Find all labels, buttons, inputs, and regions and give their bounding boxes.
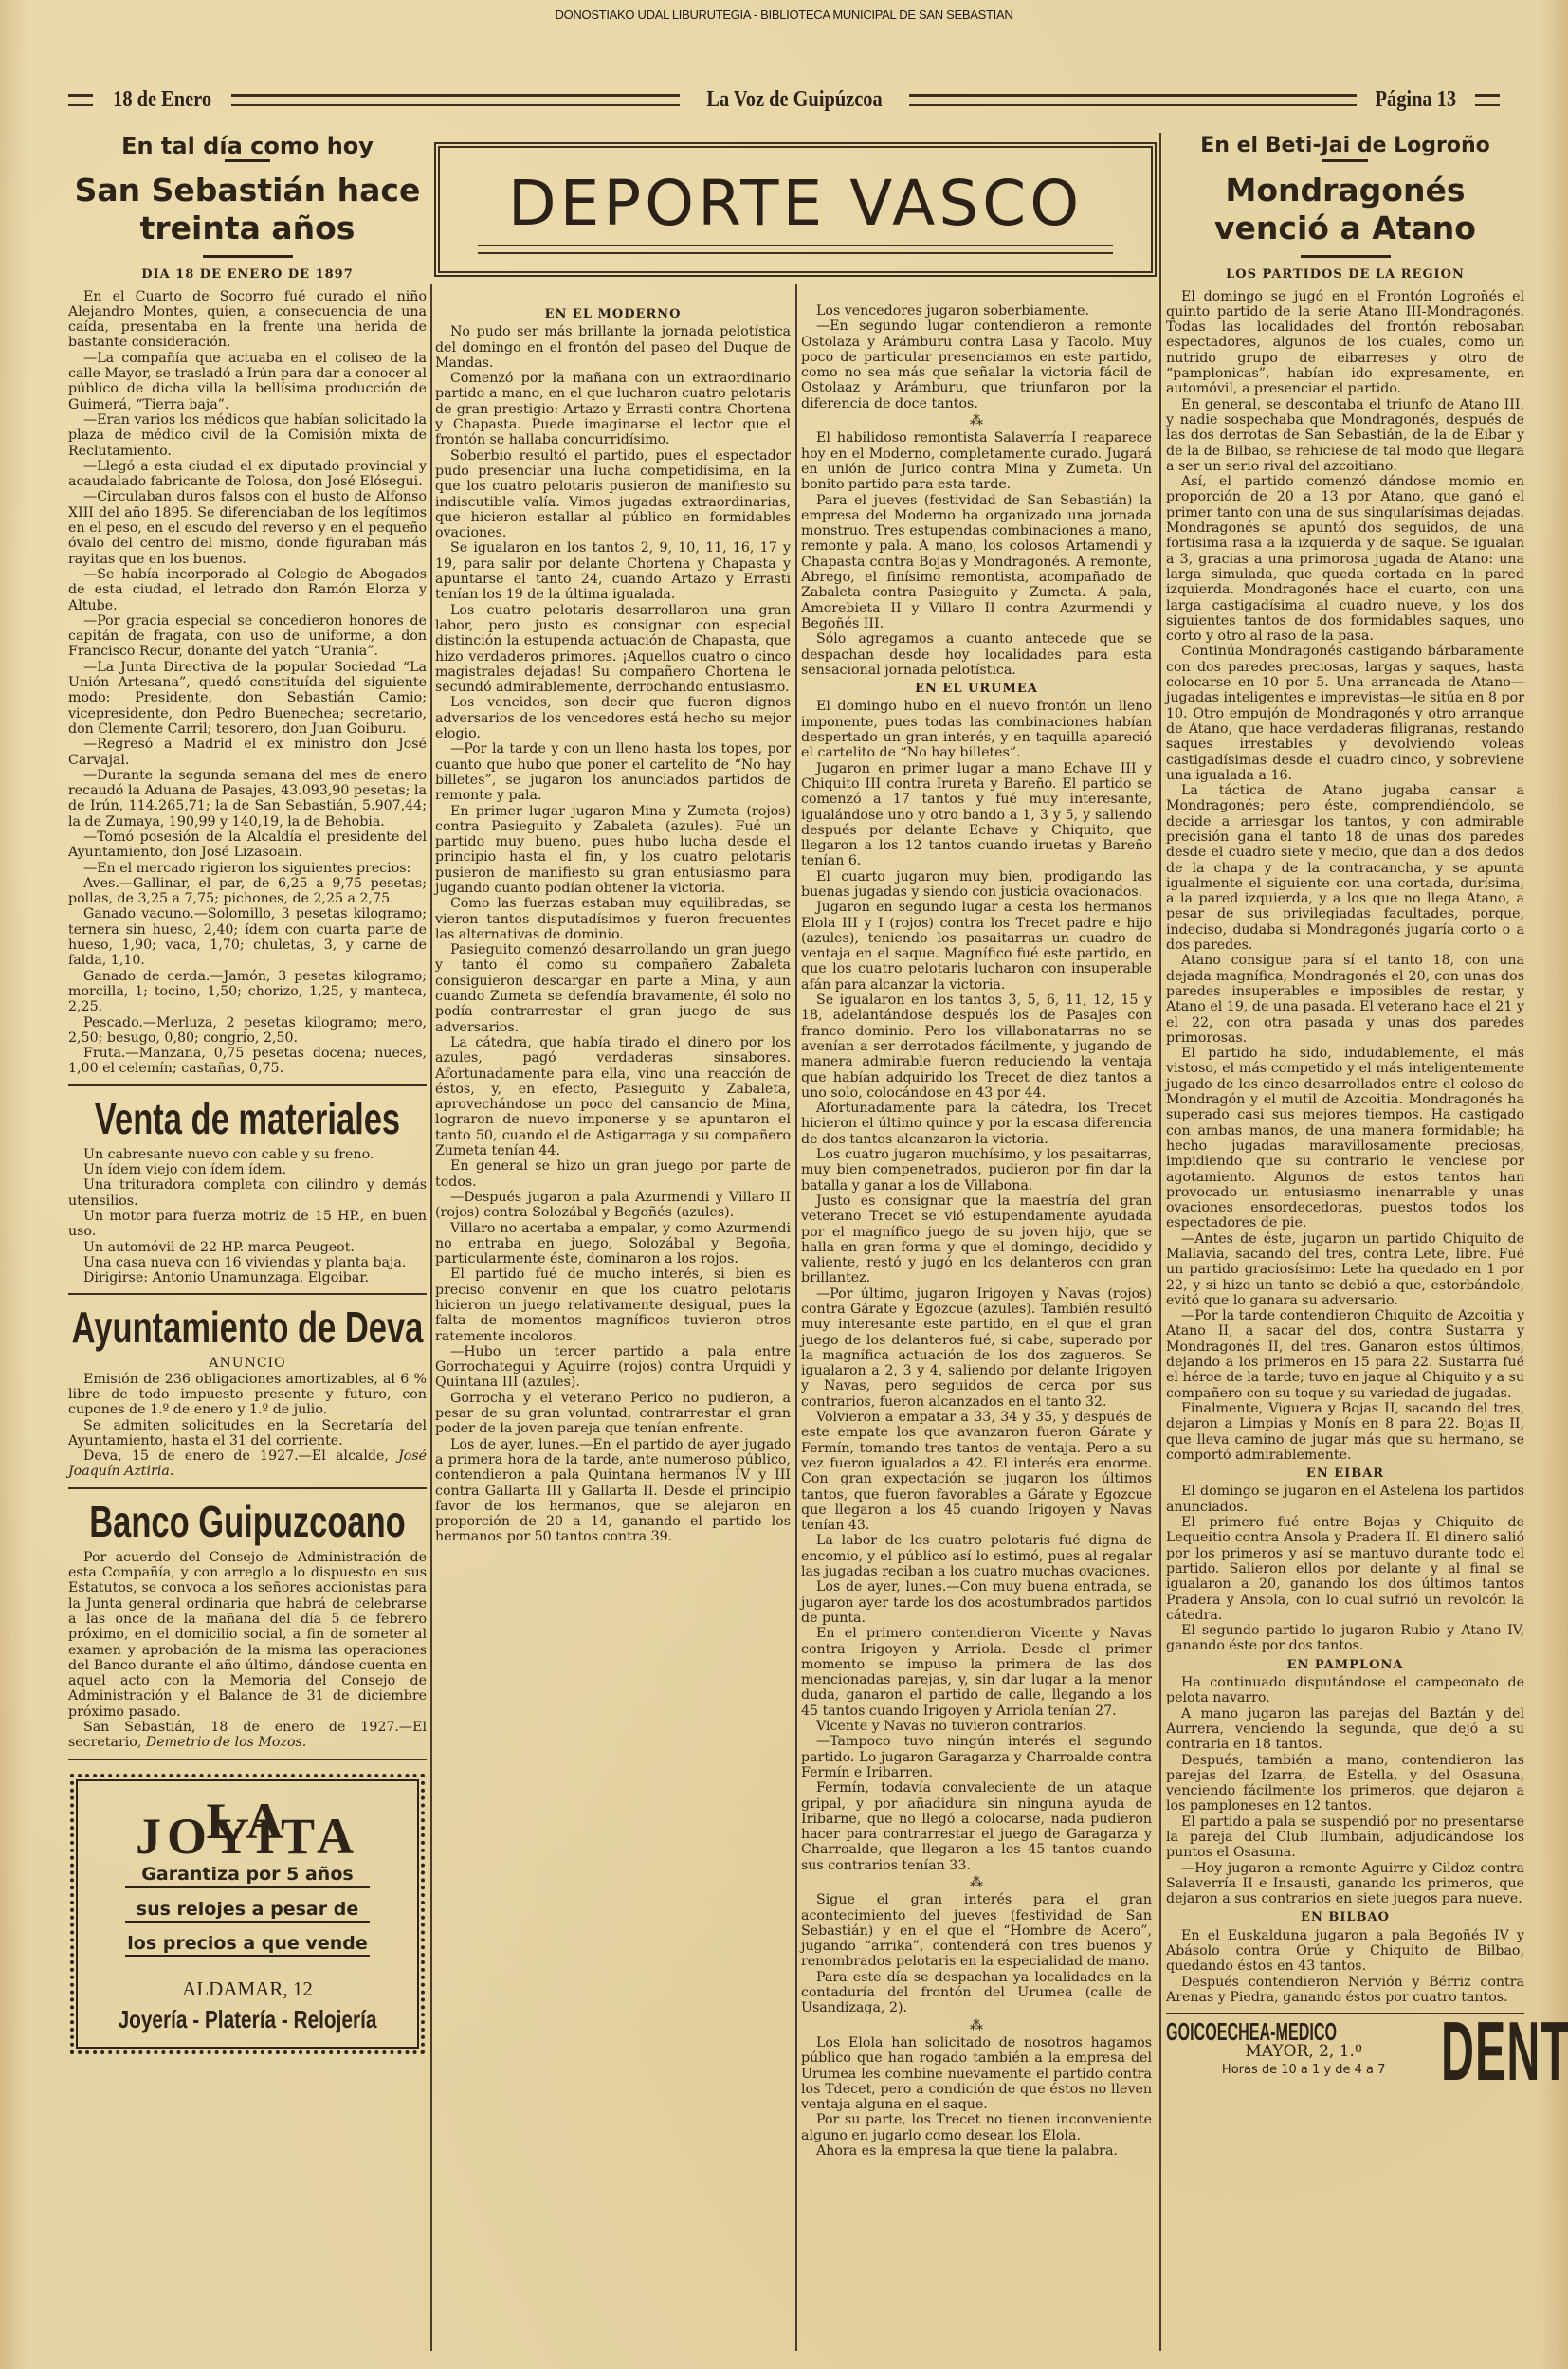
paragraph: —Por la tarde y con un lleno hasta los t…: [435, 741, 791, 803]
paragraph: Pescado.—Merluza, 2 pesetas kilogramo; m…: [68, 1015, 427, 1047]
paragraph: Los vencidos, son decir que fueron digno…: [435, 695, 791, 741]
paragraph: —Tampoco tuvo ningún interés el segundo …: [801, 1734, 1152, 1780]
paragraph: El partido a pala se suspendió por no pr…: [1166, 1814, 1524, 1861]
paragraph: Para el jueves (festividad de San Sebast…: [801, 493, 1152, 632]
paragraph: Dirigirse: Antonio Unamunzaga. Elgoibar.: [68, 1270, 427, 1285]
banco-signoff: San Sebastián, 18 de enero de 1927.—El s…: [68, 1720, 427, 1751]
urumea-notes: Sigue el gran interés para el gran acont…: [801, 1892, 1152, 2015]
logrono-kicker: En el Beti-Jai de Logroño: [1166, 138, 1524, 154]
eibar-body: El domingo se jugaron en el Astelena los…: [1166, 1484, 1524, 1653]
paragraph: Después, también a mano, contendieron la…: [1166, 1753, 1524, 1814]
elola-notes: Los Elola han solicitado de nosotros hag…: [801, 2035, 1152, 2159]
section-heading: EN EIBAR: [1166, 1467, 1524, 1482]
paragraph: El segundo partido lo jugaron Rubio y At…: [1166, 1623, 1524, 1654]
masthead-rule: [68, 94, 93, 106]
paragraph: Un automóvil de 22 HP. marca Peugeot.: [68, 1240, 427, 1255]
paragraph: Se igualaron en los tantos 3, 5, 6, 11, …: [801, 993, 1152, 1101]
paragraph: Se admiten solicitudes en la Secretaría …: [68, 1418, 427, 1449]
bilbao-body: En el Euskalduna jugaron a pala Begoñés …: [1166, 1928, 1524, 2005]
paragraph: —En segundo lugar contendieron a remonte…: [801, 319, 1152, 411]
banco-signer: Demetrio de los Mozos.: [146, 1735, 306, 1750]
paragraph: El domingo se jugó en el Frontón Logroñé…: [1166, 289, 1524, 397]
rule: [225, 159, 270, 162]
paragraph: Los de ayer, lunes.—Con muy buena entrad…: [801, 1579, 1152, 1626]
masthead: 18 de Enero La Voz de Guipúzcoa Página 1…: [68, 85, 1500, 114]
paragraph: Ahora es la empresa la que tiene la pala…: [801, 2143, 1152, 2159]
paragraph: El domingo hubo en el nuevo frontón un l…: [801, 699, 1152, 760]
paragraph: El domingo se jugaron en el Astelena los…: [1166, 1484, 1524, 1515]
asterism-ornament: ⁂: [801, 413, 1152, 428]
banco-ad-title: Banco Guipuzcoano: [70, 1497, 425, 1546]
pamplona-body: Ha continuado disputándose el campeonato…: [1166, 1675, 1524, 1906]
paragraph: Los de ayer, lunes.—En el partido de aye…: [435, 1437, 791, 1545]
paragraph: Volvieron a empatar a 33, 34 y 35, y des…: [801, 1410, 1152, 1533]
paragraph: Por su parte, los Trecet no tienen incon…: [801, 2112, 1152, 2143]
paragraph: No pudo ser más brillante la jornada pel…: [435, 324, 791, 371]
paragraph: Una trituradora completa con cilindro y …: [68, 1177, 427, 1209]
paragraph: Atano consigue para sí el tanto 18, con …: [1166, 953, 1524, 1046]
paragraph: Soberbio resultó el partido, pues el esp…: [435, 448, 791, 541]
paragraph: El primero fué entre Bojas y Chiquito de…: [1166, 1515, 1524, 1623]
moderno-continued: Los vencedores jugaron soberbiamente.—En…: [801, 303, 1152, 411]
paragraph: —Durante la segunda semana del mes de en…: [68, 768, 427, 829]
paragraph: —Eran varios los médicos que habían soli…: [68, 412, 427, 459]
column-divider: [795, 284, 797, 2351]
paragraph: Una casa nueva con 16 viviendas y planta…: [68, 1255, 427, 1270]
history-body: En el Cuarto de Socorro fué curado el ni…: [68, 289, 427, 1077]
paragraph: El partido fué de mucho interés, si bien…: [435, 1267, 791, 1343]
paragraph: —Circulaban duros falsos con el busto de…: [68, 489, 427, 566]
paragraph: El partido ha sido, indudablemente, el m…: [1166, 1046, 1524, 1231]
paragraph: —Después jugaron a pala Azurmendi y Vill…: [435, 1190, 791, 1221]
paragraph: Los cuatro jugaron muchísimo, y los pasa…: [801, 1147, 1152, 1194]
paragraph: Comenzó por la mañana con un extraordina…: [435, 371, 791, 447]
deva-signoff: Deva, 15 de enero de 1927.—El alcalde, J…: [68, 1449, 427, 1480]
paragraph: Los cuatro pelotaris desarrollaron una g…: [435, 603, 791, 696]
paragraph: —Por la tarde contendieron Chiquito de A…: [1166, 1308, 1524, 1401]
paragraph: —Tomó posesión de la Alcaldía el preside…: [68, 829, 427, 861]
rule: [68, 1487, 427, 1489]
joyita-ad: LA JOYITA Garantiza por 5 años sus reloj…: [70, 1774, 425, 2054]
paragraph: Pasieguito comenzó desarrollando un gran…: [435, 942, 791, 1035]
logrono-subhead: LOS PARTIDOS DE LA REGION: [1166, 267, 1524, 282]
paragraph: Ha continuado disputándose el campeonato…: [1166, 1675, 1524, 1706]
paragraph: La cátedra, que había tirado el dinero p…: [435, 1035, 791, 1158]
masthead-title: La Voz de Guipúzcoa: [706, 87, 882, 113]
paragraph: Villaro no acertaba a empalar, y como Az…: [435, 1221, 791, 1267]
paragraph: Fruta.—Manzana, 0,75 pesetas docena; nue…: [68, 1046, 427, 1077]
joyita-address: ALDAMAR, 12: [95, 1981, 400, 1996]
joyita-slogan-line: los precios a que vende: [125, 1936, 370, 1957]
paragraph: —Antes de éste, jugaron un partido Chiqu…: [1166, 1231, 1524, 1308]
joyita-title: LA JOYITA: [95, 1813, 400, 1845]
paragraph: Jugaron en primer lugar a mano Echave II…: [801, 761, 1152, 869]
paragraph: Justo es consignar que la maestría del g…: [801, 1194, 1152, 1286]
paragraph: En el Euskalduna jugaron a pala Begoñés …: [1166, 1928, 1524, 1975]
history-dateline: DIA 18 DE ENERO DE 1897: [68, 267, 427, 282]
paragraph: Se igualaron en los tantos 2, 9, 10, 11,…: [435, 540, 791, 602]
paragraph: Un ídem viejo con ídem ídem.: [68, 1162, 427, 1177]
paragraph: A mano jugaron las parejas del Baztán y …: [1166, 1706, 1524, 1753]
dentista-hours: Horas de 10 a 1 y de 4 a 7: [1166, 2063, 1441, 2078]
section-heading: EN EL URUMEA: [801, 682, 1152, 697]
paragraph: Sigue el gran interés para el gran acont…: [801, 1892, 1152, 1969]
paragraph: Un motor para fuerza motriz de 15 HP., e…: [68, 1209, 427, 1240]
library-watermark: DONOSTIAKO UDAL LIBURUTEGIA - BIBLIOTECA…: [0, 8, 1568, 22]
paragraph: Ganado de cerda.—Jamón, 3 pesetas kilogr…: [68, 969, 427, 1015]
section-heading: EN BILBAO: [1166, 1910, 1524, 1925]
paragraph: Los vencedores jugaron soberbiamente.: [801, 303, 1152, 319]
section-heading: EN PAMPLONA: [1166, 1658, 1524, 1673]
moderno-notes: El habilidoso remontista Salaverría I re…: [801, 430, 1152, 678]
asterism-ornament: ⁂: [801, 1875, 1152, 1890]
masthead-rule: [909, 94, 1358, 106]
logrono-headline: Mondragonés venció a Atano: [1166, 172, 1524, 247]
paragraph: Sólo agregamos a cuanto antecede que se …: [801, 631, 1152, 678]
paragraph: En primer lugar jugaron Mina y Zumeta (r…: [435, 804, 791, 897]
paragraph: Continúa Mondragonés castigando bárbaram…: [1166, 644, 1524, 783]
deva-signoff-text: Deva, 15 de enero de 1927.—El alcalde,: [83, 1449, 389, 1464]
moderno-body: No pudo ser más brillante la jornada pel…: [435, 324, 791, 1544]
section-heading: EN EL MODERNO: [435, 307, 791, 322]
deporte-vasco-title: DEPORTE VASCO: [440, 167, 1151, 240]
paragraph: Finalmente, Viguera y Bojas II, sacando …: [1166, 1401, 1524, 1463]
history-kicker: En tal día como hoy: [68, 138, 427, 154]
banner-underline: [478, 245, 1113, 254]
deporte-vasco-banner: DEPORTE VASCO: [434, 142, 1157, 277]
deva-ad-label: ANUNCIO: [68, 1356, 427, 1371]
paragraph: Afortunadamente para la cátedra, los Tre…: [801, 1101, 1152, 1147]
paragraph: Emisión de 236 obligaciones amortizables…: [68, 1372, 427, 1418]
paragraph: La labor de los cuatro pelotaris fué dig…: [801, 1533, 1152, 1579]
banco-ad-body: Por acuerdo del Consejo de Administració…: [68, 1550, 427, 1720]
paragraph: Los Elola han solicitado de nosotros hag…: [801, 2035, 1152, 2112]
paragraph: La táctica de Atano jugaba cansar a Mond…: [1166, 783, 1524, 953]
column-history: En tal día como hoy San Sebastián hace t…: [68, 123, 427, 2054]
rule: [1322, 159, 1368, 162]
venta-ad-title: Venta de materiales: [70, 1094, 425, 1143]
masthead-date: 18 de Enero: [113, 87, 211, 113]
rule: [203, 255, 293, 258]
dentista-info: GOICOECHEA-MEDICO MAYOR, 2, 1.º Horas de…: [1166, 2024, 1441, 2078]
joyita-slogan-line: sus relojes a pesar de: [125, 1902, 370, 1923]
paragraph: Después contendieron Nervión y Bérriz co…: [1166, 1975, 1524, 2006]
masthead-rule: [1475, 94, 1500, 106]
masthead-page: Página 13: [1376, 87, 1457, 113]
rule: [68, 1293, 427, 1295]
column-moderno: EN EL MODERNO No pudo ser más brillante …: [435, 303, 791, 1545]
column-urumea: Los vencedores jugaron soberbiamente.—En…: [801, 303, 1152, 2159]
dentista-name: GOICOECHEA-MEDICO: [1166, 2024, 1337, 2039]
paragraph: Gorrocha y el veterano Perico no pudiero…: [435, 1391, 791, 1437]
paragraph: —Hoy jugaron a remonte Aguirre y Cildoz …: [1166, 1861, 1524, 1907]
asterism-ornament: ⁂: [801, 2018, 1152, 2033]
paragraph: —En el mercado rigieron los siguientes p…: [68, 861, 427, 876]
paragraph: Ganado vacuno.—Solomillo, 3 pesetas kilo…: [68, 906, 427, 968]
paragraph: —Llegó a esta ciudad el ex diputado prov…: [68, 459, 427, 490]
paragraph: El cuarto jugaron muy bien, prodigando l…: [801, 869, 1152, 901]
paragraph: —La Junta Directiva de la popular Socied…: [68, 660, 427, 737]
logrono-body: El domingo se jugó en el Frontón Logroñé…: [1166, 289, 1524, 1464]
paragraph: —Se había incorporado al Colegio de Abog…: [68, 567, 427, 613]
paragraph: Vicente y Navas no tuvieron contrarios.: [801, 1719, 1152, 1734]
rule: [68, 1759, 427, 1760]
joyita-slogan-line: Garantiza por 5 años: [125, 1867, 370, 1887]
paragraph: En el Cuarto de Socorro fué curado el ni…: [68, 289, 427, 351]
paragraph: Así, el partido comenzó dándose momio en…: [1166, 474, 1524, 644]
paragraph: Aves.—Gallinar, el par, de 6,25 a 9,75 p…: [68, 876, 427, 907]
paragraph: —Por último, jugaron Irigoyen y Navas (r…: [801, 1286, 1152, 1410]
history-headline: San Sebastián hace treinta años: [68, 172, 427, 247]
paragraph: Como las fuerzas estaban muy equilibrada…: [435, 896, 791, 942]
column-divider: [430, 284, 432, 2351]
paragraph: El habilidoso remontista Salaverría I re…: [801, 430, 1152, 492]
paragraph: —Por gracia especial se concedieron hono…: [68, 613, 427, 660]
paragraph: En el primero contendieron Vicente y Nav…: [801, 1626, 1152, 1719]
paragraph: —La compañía que actuaba en el coliseo d…: [68, 351, 427, 412]
dentista-title: DENTISTA: [1441, 2044, 1568, 2059]
rule: [1301, 255, 1391, 258]
venta-ad-body: Un cabresante nuevo con cable y su freno…: [68, 1147, 427, 1286]
deva-ad-body: Emisión de 236 obligaciones amortizables…: [68, 1372, 427, 1449]
dentista-ad: GOICOECHEA-MEDICO MAYOR, 2, 1.º Horas de…: [1166, 2024, 1524, 2078]
masthead-rule: [231, 94, 680, 106]
column-divider: [1159, 133, 1161, 2351]
paragraph: Jugaron en segundo lugar a cesta los her…: [801, 900, 1152, 993]
paragraph: En general se hizo un gran juego por par…: [435, 1158, 791, 1190]
column-logrono: En el Beti-Jai de Logroño Mondragonés ve…: [1166, 123, 1524, 2078]
paragraph: Un cabresante nuevo con cable y su freno…: [68, 1147, 427, 1162]
paragraph: —Hubo un tercer partido a pala entre Gor…: [435, 1344, 791, 1391]
urumea-body: El domingo hubo en el nuevo frontón un l…: [801, 699, 1152, 1873]
rule: [68, 1084, 427, 1086]
deva-ad-title: Ayuntamiento de Deva: [70, 1303, 425, 1352]
paragraph: En general, se descontaba el triunfo de …: [1166, 397, 1524, 474]
paragraph: Fermín, todavía convaleciente de un ataq…: [801, 1780, 1152, 1873]
paragraph: Para este día se despachan ya localidade…: [801, 1970, 1152, 2016]
joyita-footer: Joyería - Platería - Relojería: [95, 2012, 400, 2027]
paragraph: —Regresó a Madrid el ex ministro don Jos…: [68, 737, 427, 768]
